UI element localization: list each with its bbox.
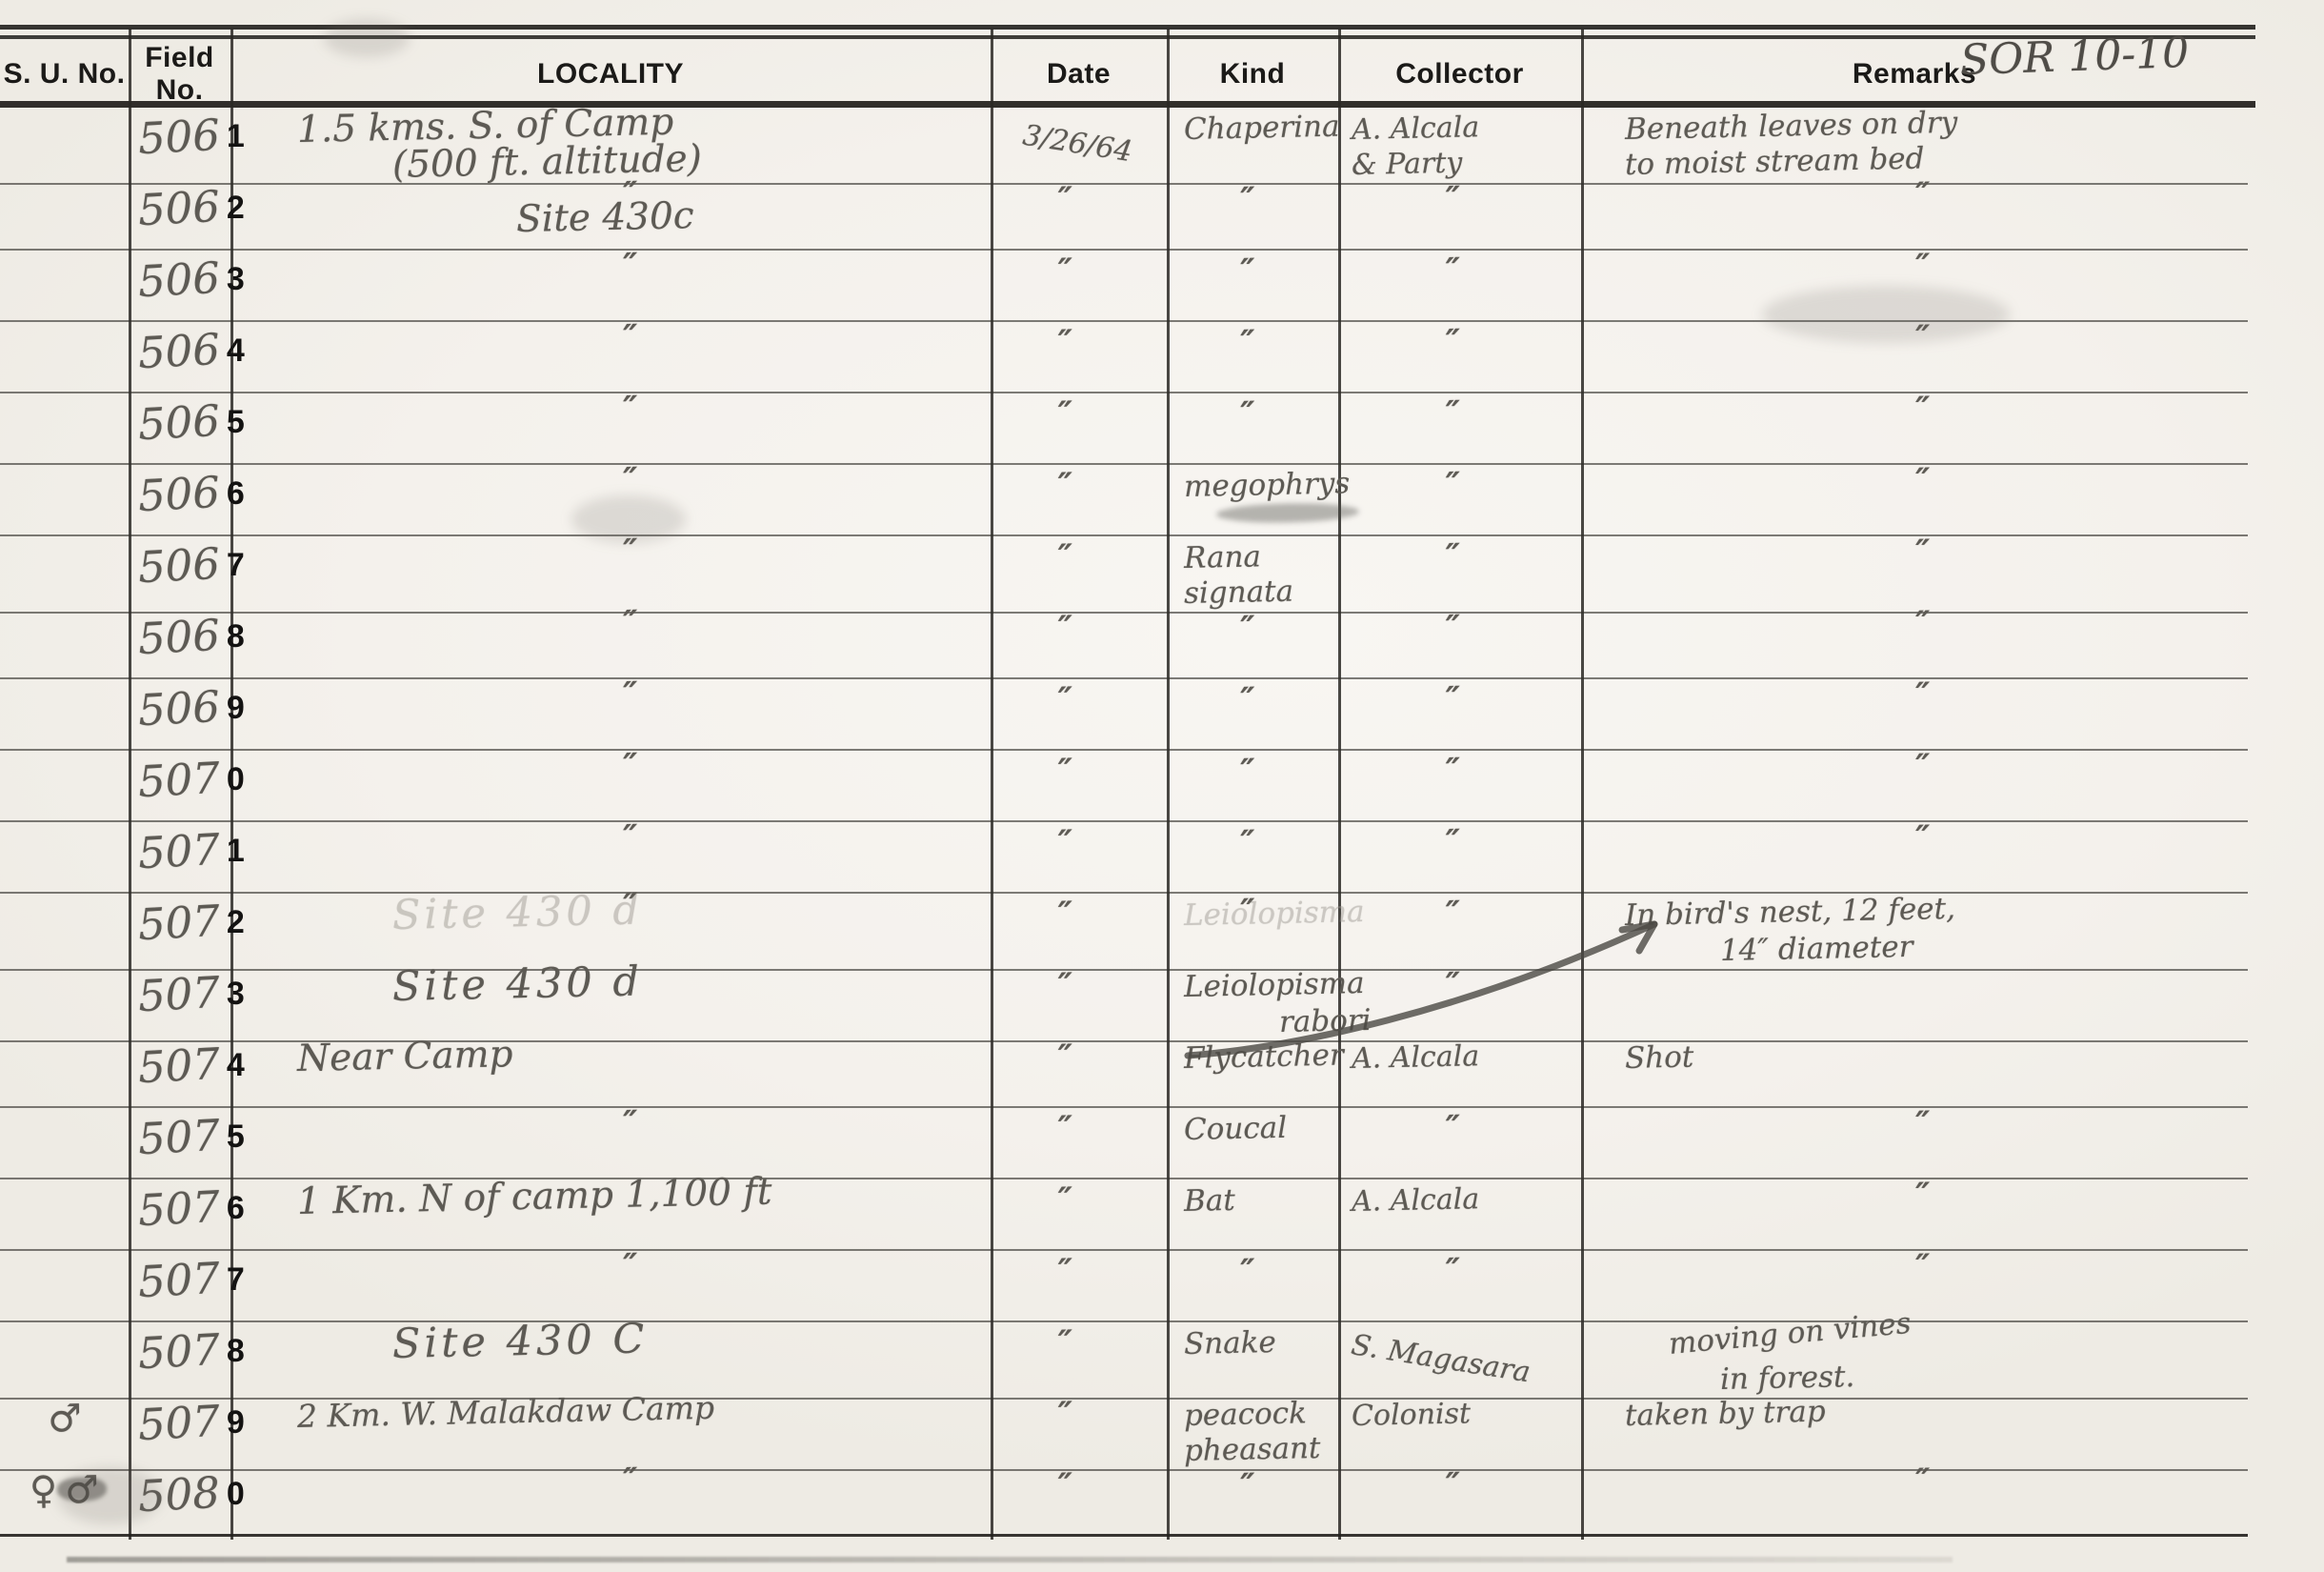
su-no-cell: ♂ [0,1394,129,1471]
locality-cell: Near Camp [230,1037,991,1108]
ditto-mark: ″ [991,680,1168,719]
ditto-mark: ″ [1352,894,1582,934]
kind-cell: Ranasignata [1167,536,1338,614]
ditto-mark: ″ [1352,822,1582,862]
ditto-mark: ″ [1352,465,1582,505]
kind-cell: ″ [1167,751,1338,822]
handwritten-text: megophrys [1184,467,1339,505]
remarks-cell: ″ [1581,465,2248,536]
locality-cell: ″ [230,322,991,393]
ditto-mark: ″ [1352,393,1582,433]
ditto-mark: ″ [1184,252,1339,291]
ditto-mark: ″ [1184,1467,1339,1505]
collector-cell: ″ [1338,894,1581,971]
ditto-mark: ″ [1352,536,1582,576]
remarks-cell: ″ [1581,822,2248,894]
ditto-mark: ″ [991,537,1168,576]
kind-cell: ″ [1167,608,1338,679]
locality-cell: ″ [230,1108,991,1179]
remarks-cell: ″ [1581,179,2248,251]
collector-cell: Colonist [1338,1394,1581,1471]
field-no-handwritten: 506 [137,611,222,664]
ditto-mark: ″ [991,752,1168,791]
handwritten-text: A. Alcala [1352,1037,1582,1077]
remarks-cell: ″ [1581,1108,2248,1179]
date-cell: 3/26/64 [991,108,1167,185]
su-no-cell [0,1037,129,1108]
handwritten-text: A. Alcala [1352,1179,1582,1219]
field-no-cell: 5077 [129,1251,230,1322]
ditto-mark: ″ [1352,1251,1582,1291]
field-no-cell: 5067 [129,536,230,614]
field-no-cell: 5065 [129,393,230,465]
field-no-cell: 5078 [129,1322,230,1400]
ditto-mark: ″ [991,609,1168,648]
scan-smudge [324,19,410,57]
ditto-mark: ″ [991,1395,1168,1434]
collector-cell: ″ [1338,822,1581,894]
table-row: 5074Near Camp″FlycatcherA. AlcalaShot [0,1037,2248,1108]
date-cell: ″ [991,393,1167,465]
collector-cell: ″ [1338,179,1581,251]
field-no-handwritten: 507 [137,825,222,878]
remarks-cell: ″ [1581,679,2248,751]
ditto-mark: ″ [1352,965,1582,1005]
date-cell: ″ [991,1251,1167,1322]
field-no-handwritten: 507 [137,968,222,1021]
ditto-mark: ″ [991,180,1168,219]
field-no-handwritten: 506 [137,111,222,164]
su-no-cell [0,1251,129,1322]
collector-cell: ″ [1338,1108,1581,1179]
date-cell: ″ [991,679,1167,751]
kind-cell: Snake [1167,1322,1338,1400]
collector-cell: ″ [1338,1251,1581,1322]
field-no-cell: 5074 [129,1037,230,1108]
table-row: 5068″″″″″ [0,608,2248,679]
field-no-cell: 5064 [129,322,230,393]
handwritten-text: S. Magasara [1349,1327,1581,1398]
field-no-handwritten: 507 [137,1111,222,1164]
collector-cell: ″ [1338,679,1581,751]
kind-cell: Chaperina [1167,108,1338,185]
kind-cell: ″ [1167,679,1338,751]
handwritten-text: & Party [1352,143,1582,183]
ditto-mark: ″ [991,1466,1168,1505]
handwritten-text: Site 430 C [392,1315,992,1362]
field-no-handwritten: 506 [137,539,222,593]
date-cell: ″ [991,751,1167,822]
handwritten-text: signata [1184,574,1339,612]
ditto-mark: ″ [1184,324,1339,362]
ditto-mark: ″ [1352,179,1582,219]
date-cell: ″ [991,1322,1167,1400]
date-cell: ″ [991,822,1167,894]
su-no-cell [0,822,129,894]
ditto-mark: ″ [991,823,1168,862]
kind-cell: megophrys [1167,465,1338,536]
table-row: 5071″″″″″ [0,822,2248,894]
field-no-cell: 5075 [129,1108,230,1179]
table-row: 5065″″″″″ [0,393,2248,465]
remarks-cell: ″ [1581,1179,2248,1251]
ditto-mark: ″ [1352,751,1582,791]
handwritten-text: Colonist [1352,1394,1582,1434]
collector-cell: ″ [1338,1465,1581,1537]
field-no-handwritten: 507 [137,1182,222,1236]
table-row: 5069″″″″″ [0,679,2248,751]
field-no-cell: 5069 [129,679,230,751]
ditto-mark: ″ [1184,1253,1339,1291]
scan-smudge [57,1467,162,1524]
locality-cell: ″Site 430c [230,179,991,251]
kind-cell: ″ [1167,1465,1338,1537]
ditto-mark: ″ [1184,753,1339,791]
handwritten-text: Site 430c [516,192,992,237]
table-row: 5078Site 430 C″SnakeS. Magasaramoving on… [0,1322,2248,1394]
su-no-cell [0,965,129,1042]
ditto-mark: ″ [991,1180,1168,1219]
kind-cell: peacockpheasant [1167,1394,1338,1471]
locality-cell: ″ [230,393,991,465]
su-no-cell [0,608,129,679]
date-cell: ″ [991,965,1167,1042]
table-row: ♂50792 Km. W. Malakdaw Camp″peacockpheas… [0,1394,2248,1465]
table-row: 50761 Km. N of camp 1,100 ft″BatA. Alcal… [0,1179,2248,1251]
ditto-mark: ″ [1352,322,1582,362]
kind-cell: ″ [1167,179,1338,251]
su-no-cell [0,1108,129,1179]
field-no-handwritten: 507 [137,897,222,950]
handwritten-text: Rana [1184,538,1339,576]
collector-cell: ″ [1338,751,1581,822]
field-no-handwritten: 506 [137,182,222,235]
collector-cell: A. Alcala [1338,1037,1581,1108]
field-no-handwritten: 507 [137,754,222,807]
ditto-mark: ″ [1184,824,1339,862]
handwritten-text: Coucal [1184,1110,1339,1148]
column-label-locality: LOCALITY [230,58,991,91]
su-no-cell [0,536,129,614]
su-no-cell [0,465,129,536]
field-no-handwritten: 507 [137,1039,222,1093]
collector-cell: A. Alcala [1338,1179,1581,1251]
table-row: 5075″″Coucal″″ [0,1108,2248,1179]
date-cell: ″ [991,536,1167,614]
collector-cell: A. Alcala& Party [1338,108,1581,185]
field-no-handwritten: 506 [137,682,222,736]
column-label-su-no: S. U. No. [0,58,129,91]
kind-cell: ″ [1167,322,1338,393]
locality-cell: ″ [230,679,991,751]
field-no-handwritten: 506 [137,468,222,521]
date-cell: ″ [991,465,1167,536]
kind-cell: ″ [1167,1251,1338,1322]
table-row: 5073Site 430 d″Leiolopismarabori″ [0,965,2248,1037]
su-no-cell [0,322,129,393]
kind-cell: Coucal [1167,1108,1338,1179]
table-row: 5066″″megophrys″″ [0,465,2248,536]
table-row: 5072Site 430 d″″Leiolopisma″″In bird's n… [0,894,2248,965]
ditto-mark: ″ [991,323,1168,362]
specimen-ledger-scan: S. U. No. Field No. LOCALITY Date Kind C… [0,0,2324,1572]
field-no-handwritten: 507 [137,1325,222,1379]
date-cell: ″ [991,322,1167,393]
field-no-handwritten: 507 [137,1254,222,1307]
su-no-cell [0,679,129,751]
ditto-mark: ″ [1352,251,1582,291]
handwritten-text: Chaperina [1184,110,1339,148]
ditto-mark: ″ [1184,681,1339,719]
remarks-cell: ″ [1581,608,2248,679]
handwritten-text: rabori [1279,1004,1339,1040]
date-cell: ″ [991,1108,1167,1179]
scan-smudge [1762,286,2010,343]
column-label-kind: Kind [1167,58,1338,91]
field-no-cell: 5066 [129,465,230,536]
handwritten-text: Flycatcher [1184,1038,1339,1077]
kind-cell: Leiolopismarabori [1167,965,1338,1042]
collector-cell: ″ [1338,322,1581,393]
ditto-mark: ″ [1352,608,1582,648]
ditto-mark: ″ [991,895,1168,934]
date-cell: ″ [991,251,1167,322]
ditto-mark: ″ [991,252,1168,291]
locality-cell: ″ [230,1251,991,1322]
handwritten-text: A. Alcala [1352,108,1582,148]
handwritten-text: Bat [1184,1181,1339,1219]
sex-symbol: ♂ [47,1401,82,1438]
collector-cell: ″ [1338,465,1581,536]
ditto-mark: ″ [991,1109,1168,1148]
collector-cell: ″ [1338,393,1581,465]
date-cell: ″ [991,608,1167,679]
ditto-mark: ″ [991,466,1168,505]
scan-smudge [571,495,686,543]
field-no-cell: 5073 [129,965,230,1042]
field-no-cell: 5063 [129,251,230,322]
su-no-cell [0,751,129,822]
su-no-cell [0,179,129,251]
column-label-date: Date [991,58,1167,91]
field-no-cell: 5079 [129,1394,230,1471]
paper-edge-shadow [67,1557,1953,1562]
su-no-cell [0,1322,129,1400]
field-no-handwritten: 506 [137,396,222,450]
kind-cell: ″ [1167,393,1338,465]
ditto-mark: ″ [1352,1108,1582,1148]
field-no-handwritten: 506 [137,253,222,307]
collector-cell: ″ [1338,608,1581,679]
remarks-cell: ″ [1581,1465,2248,1537]
su-no-cell [0,1179,129,1251]
ditto-mark: ″ [991,394,1168,433]
handwritten-text: Leiolopisma [1184,967,1339,1005]
handwritten-text: pheasant [1184,1431,1339,1469]
field-no-cell: 5072 [129,894,230,971]
column-label-field-no: Field No. [129,42,230,107]
handwritten-text: Site 430 d [392,957,992,1005]
field-no-cell: 5070 [129,751,230,822]
handwritten-text: peacock [1184,1396,1339,1434]
table-row: ♀♂5080″″″″″ [0,1465,2248,1537]
table-row: 50611.5 kms. S. of Camp(500 ft. altitude… [0,108,2248,179]
date-cell: ″ [991,1394,1167,1471]
table-row: 5070″″″″″ [0,751,2248,822]
ditto-mark: ″ [1352,679,1582,719]
kind-cell: Bat [1167,1179,1338,1251]
locality-cell: 1 Km. N of camp 1,100 ft [230,1179,991,1251]
column-label-collector: Collector [1338,58,1581,91]
collector-cell: S. Magasara [1338,1322,1581,1400]
ditto-mark: ″ [991,966,1168,1005]
remarks-cell: ″ [1581,751,2248,822]
table-row: 5067″″Ranasignata″″ [0,536,2248,608]
su-no-cell [0,251,129,322]
field-no-cell: 5061 [129,108,230,185]
date-cell: ″ [991,1037,1167,1108]
locality-cell: ″ [230,608,991,679]
kind-cell: Flycatcher [1167,1037,1338,1108]
kind-cell: ″ [1167,822,1338,894]
date-cell: ″ [991,1179,1167,1251]
field-no-cell: 5071 [129,822,230,894]
collector-cell: ″ [1338,965,1581,1042]
su-no-cell [0,108,129,185]
ditto-mark: ″ [1184,893,1339,931]
collector-cell: ″ [1338,536,1581,614]
locality-cell: ″ [230,1465,991,1537]
field-no-cell: 5076 [129,1179,230,1251]
kind-cell: ″ [1167,251,1338,322]
remarks-cell: In bird's nest, 12 feet,14″ diameter [1581,894,2248,971]
collector-cell: ″ [1338,251,1581,322]
ditto-mark: ″ [991,1252,1168,1291]
locality-cell: ″ [230,251,991,322]
field-no-handwritten: 507 [137,1397,222,1450]
field-no-cell: 5068 [129,608,230,679]
ditto-mark: ″ [991,1323,1168,1362]
field-no-handwritten: 506 [137,325,222,378]
date-cell: ″ [991,179,1167,251]
handwritten-text: Snake [1184,1324,1339,1362]
date-cell: ″ [991,1465,1167,1537]
remarks-cell: ″ [1581,393,2248,465]
handwritten-text: 3/26/64 [988,112,1168,174]
field-no-cell: 5062 [129,179,230,251]
sex-symbol: ♀ [30,1473,58,1509]
ditto-mark: ″ [1352,1465,1582,1505]
remarks-cell: Shot [1581,1037,2248,1108]
ditto-mark: ″ [991,1038,1168,1077]
su-no-cell [0,393,129,465]
locality-cell: ″ [230,751,991,822]
ditto-mark: ″ [1184,610,1339,648]
handwritten-page-code: SOR 10-10 [1959,29,2190,85]
kind-cell: Leiolopisma″ [1167,894,1338,971]
ditto-mark: ″ [1184,395,1339,433]
su-no-cell [0,894,129,971]
date-cell: ″ [991,894,1167,971]
ditto-mark: ″ [1184,181,1339,219]
table-row: 5062″Site 430c″″″″ [0,179,2248,251]
